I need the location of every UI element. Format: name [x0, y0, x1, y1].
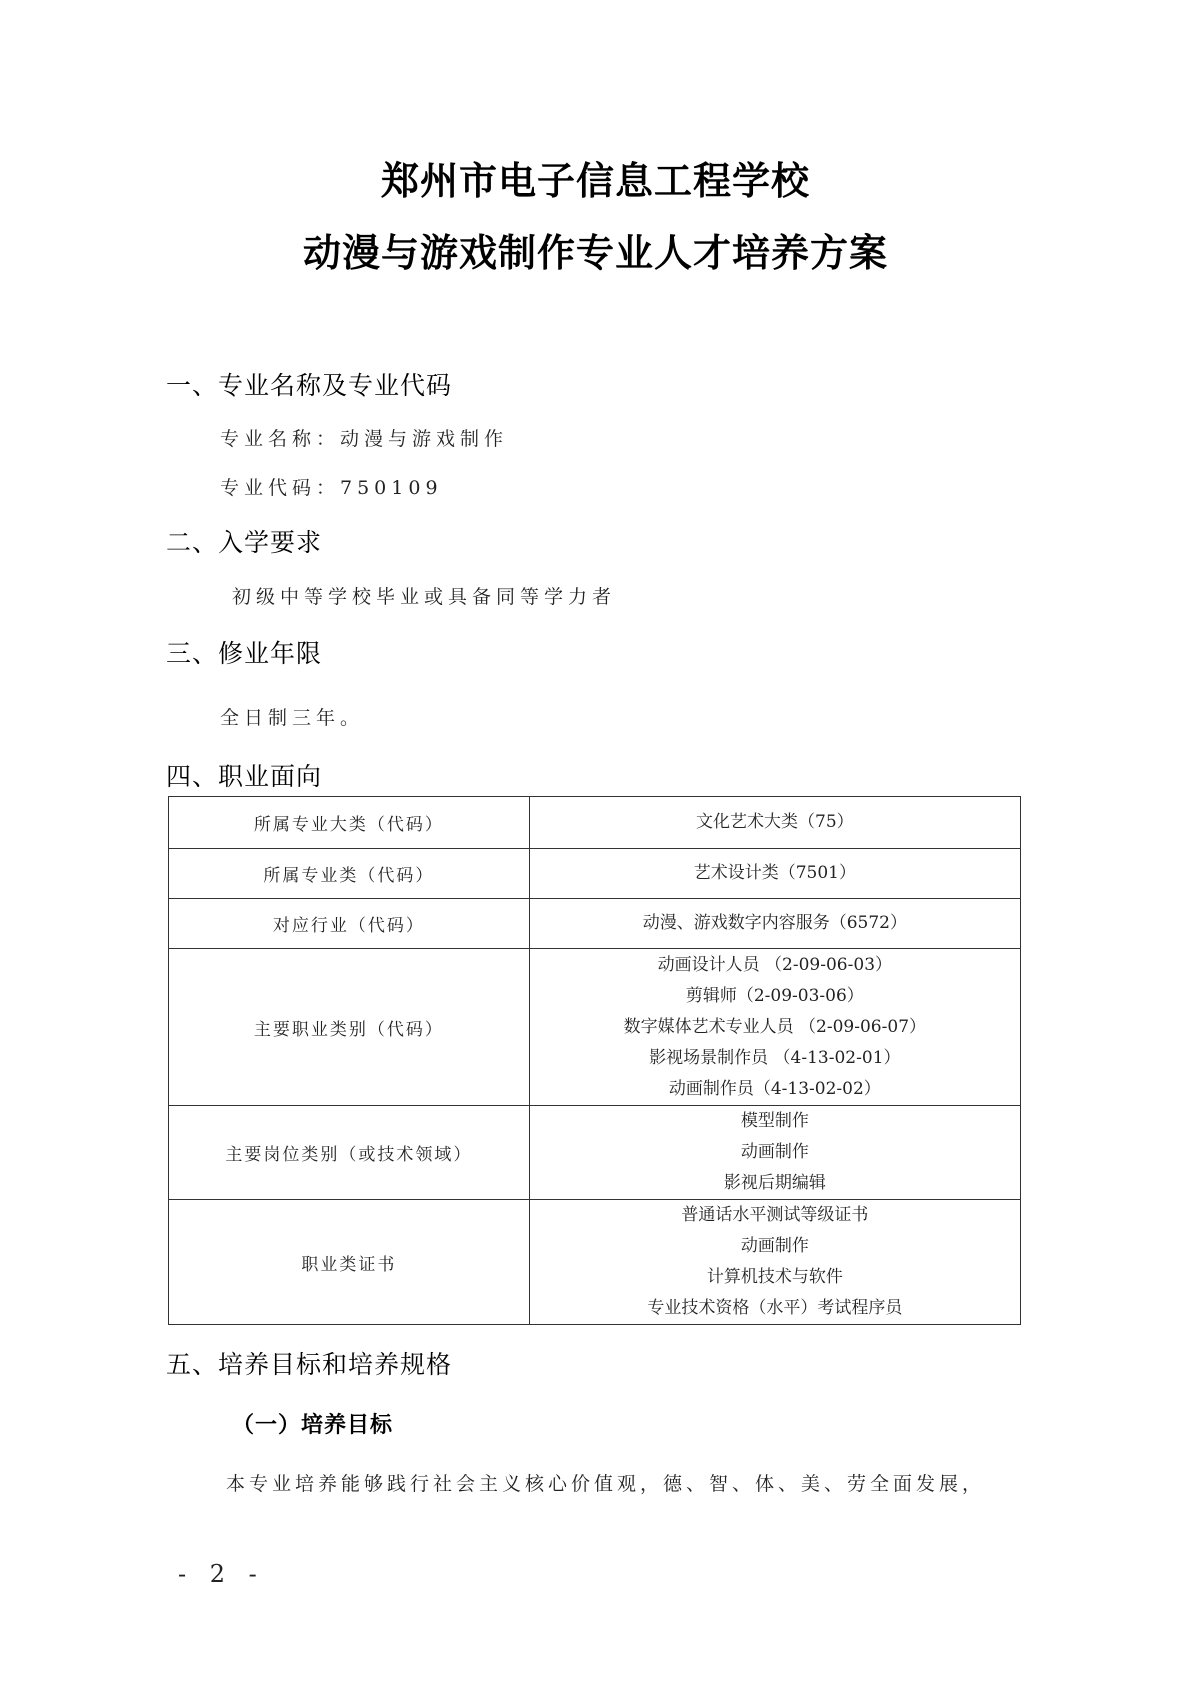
table-value-line: 动画制作 [530, 1137, 1020, 1168]
table-key-cell: 所属专业大类（代码） [169, 797, 530, 849]
table-row: 对应行业（代码） 动漫、游戏数字内容服务（6572） [169, 899, 1021, 949]
table-row: 职业类证书 普通话水平测试等级证书 动画制作 计算机技术与软件 专业技术资格（水… [169, 1200, 1021, 1325]
table-key-cell: 主要岗位类别（或技术领域） [169, 1106, 530, 1200]
table-row: 主要岗位类别（或技术领域） 模型制作 动画制作 影视后期编辑 [169, 1106, 1021, 1200]
table-row: 主要职业类别（代码） 动画设计人员 （2-09-06-03） 剪辑师（2-09-… [169, 949, 1021, 1106]
subsection-heading-training-goal: （一）培养目标 [232, 1408, 393, 1439]
table-value-line: 计算机技术与软件 [530, 1262, 1020, 1293]
table-value-cell: 艺术设计类（7501） [529, 849, 1020, 899]
table-value-line: 动画设计人员 （2-09-06-03） [530, 950, 1020, 981]
table-value-line: 模型制作 [530, 1106, 1020, 1137]
section-heading-admission: 二、入学要求 [166, 523, 322, 559]
table-value-cell: 文化艺术大类（75） [529, 797, 1020, 849]
table-value-line: 艺术设计类（7501） [530, 858, 1020, 889]
table-key-cell: 所属专业类（代码） [169, 849, 530, 899]
table-value-line: 影视后期编辑 [530, 1168, 1020, 1199]
table-row: 所属专业大类（代码） 文化艺术大类（75） [169, 797, 1021, 849]
table-value-line: 动画制作 [530, 1231, 1020, 1262]
table-key-cell: 职业类证书 [169, 1200, 530, 1325]
major-code-line: 专业代码：750109 [220, 473, 443, 500]
table-value-cell: 普通话水平测试等级证书 动画制作 计算机技术与软件 专业技术资格（水平）考试程序… [529, 1200, 1020, 1325]
table-value-cell: 动漫、游戏数字内容服务（6572） [529, 899, 1020, 949]
section-heading-major-name-code: 一、专业名称及专业代码 [166, 366, 452, 402]
duration-text: 全日制三年。 [220, 703, 364, 730]
admission-requirement-text: 初级中等学校毕业或具备同等学力者 [232, 582, 616, 609]
table-value-cell: 模型制作 动画制作 影视后期编辑 [529, 1106, 1020, 1200]
table-row: 所属专业类（代码） 艺术设计类（7501） [169, 849, 1021, 899]
table-value-cell: 动画设计人员 （2-09-06-03） 剪辑师（2-09-03-06） 数字媒体… [529, 949, 1020, 1106]
table-value-line: 数字媒体艺术专业人员 （2-09-06-07） [530, 1012, 1020, 1043]
document-title-line2: 动漫与游戏制作专业人才培养方案 [0, 222, 1191, 277]
section-heading-training-objectives: 五、培养目标和培养规格 [166, 1345, 452, 1381]
page-number: - 2 - [178, 1560, 265, 1588]
table-value-line: 影视场景制作员 （4-13-02-01） [530, 1043, 1020, 1074]
career-orientation-table: 所属专业大类（代码） 文化艺术大类（75） 所属专业类（代码） 艺术设计类（75… [168, 796, 1021, 1325]
training-goal-text: 本专业培养能够践行社会主义核心价值观，德、智、体、美、劳全面发展， [226, 1469, 985, 1496]
table-key-cell: 对应行业（代码） [169, 899, 530, 949]
table-value-line: 专业技术资格（水平）考试程序员 [530, 1293, 1020, 1324]
table-value-line: 动画制作员（4-13-02-02） [530, 1074, 1020, 1105]
document-title-line1: 郑州市电子信息工程学校 [0, 150, 1191, 205]
table-value-line: 文化艺术大类（75） [530, 807, 1020, 838]
table-value-line: 动漫、游戏数字内容服务（6572） [530, 908, 1020, 939]
section-heading-career-orientation: 四、职业面向 [166, 757, 322, 793]
major-name-line: 专业名称：动漫与游戏制作 [220, 424, 508, 451]
table-value-line: 剪辑师（2-09-03-06） [530, 981, 1020, 1012]
table-key-cell: 主要职业类别（代码） [169, 949, 530, 1106]
section-heading-duration: 三、修业年限 [166, 634, 322, 670]
table-value-line: 普通话水平测试等级证书 [530, 1200, 1020, 1231]
